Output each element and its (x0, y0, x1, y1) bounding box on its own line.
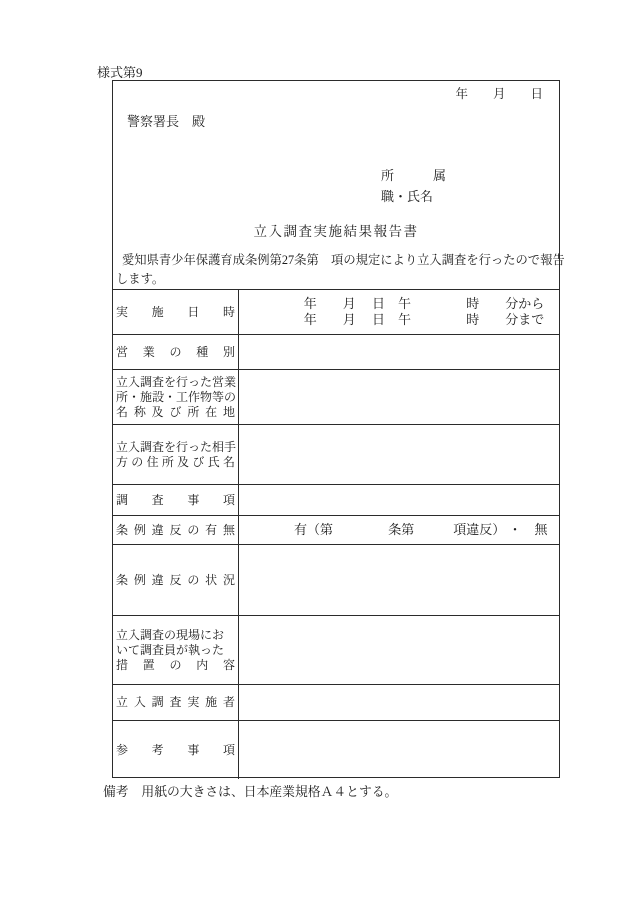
table-row-implementation-datetime: 実施日時 年 月 日 午 時 分から 年 月 日 午 時 分まで (113, 289, 559, 334)
row-content-line: 有（第 条第 項違反） ・ 無 (242, 522, 559, 539)
document-page: 様式第9 年 月 日 警察署長 殿 所 属 職・氏名 立入調査実施結果報告書 愛… (0, 0, 630, 903)
row-label-line: 調査事項 (116, 493, 235, 508)
row-label: 立入調査実施者 (113, 685, 239, 720)
date-field: 年 月 日 (455, 84, 543, 102)
row-label-line: 営業の種別 (116, 345, 235, 360)
row-label-line: 実施日時 (116, 305, 235, 320)
table-row-counterpart-address-name: 立入調査を行った相手方の住所及び氏名 (113, 424, 559, 484)
row-label-line: いて調査員が執った (116, 643, 235, 658)
row-label-line: 参考事項 (116, 743, 235, 758)
table-row-investigation-performer: 立入調査実施者 (113, 684, 559, 720)
table-row-reference-items: 参考事項 (113, 720, 559, 779)
row-content: 年 月 日 午 時 分から 年 月 日 午 時 分まで (239, 290, 559, 334)
row-content (239, 485, 559, 515)
row-label: 調査事項 (113, 485, 239, 515)
row-label-line: 所・施設・工作物等の (116, 390, 235, 405)
row-label-line: 立入調査実施者 (116, 695, 235, 710)
row-label: 実施日時 (113, 290, 239, 334)
row-label-line: 立入調査の現場にお (116, 628, 235, 643)
signer-block: 所 属 職・氏名 (381, 165, 446, 207)
row-label-line: 条例違反の有無 (116, 523, 235, 538)
row-content (239, 721, 559, 779)
position-name-label: 職・氏名 (381, 186, 446, 207)
row-label-line: 方の住所及び氏名 (116, 455, 235, 470)
row-label-line: 立入調査を行った相手 (116, 440, 235, 455)
table-row-measures-taken: 立入調査の現場において調査員が執った措置の内容 (113, 615, 559, 684)
row-content (239, 370, 559, 424)
report-table: 実施日時 年 月 日 午 時 分から 年 月 日 午 時 分まで営業の種別立入調… (113, 289, 559, 779)
row-content-line: 年 月 日 午 時 分から (242, 296, 559, 313)
addressee-police-chief: 警察署長 殿 (127, 111, 205, 130)
row-label: 立入調査を行った営業所・施設・工作物等の名称及び所在地 (113, 370, 239, 424)
row-content (239, 425, 559, 484)
row-label: 参考事項 (113, 721, 239, 779)
row-content (239, 616, 559, 684)
row-content: 有（第 条第 項違反） ・ 無 (239, 516, 559, 544)
row-label: 条例違反の状況 (113, 545, 239, 615)
report-form-frame: 年 月 日 警察署長 殿 所 属 職・氏名 立入調査実施結果報告書 愛知県青少年… (112, 80, 560, 778)
row-label: 条例違反の有無 (113, 516, 239, 544)
row-content (239, 545, 559, 615)
affiliation-label: 所 属 (381, 165, 446, 186)
table-row-premises-name-location: 立入調査を行った営業所・施設・工作物等の名称及び所在地 (113, 369, 559, 424)
row-label-line: 措置の内容 (116, 658, 235, 673)
row-label: 立入調査を行った相手方の住所及び氏名 (113, 425, 239, 484)
report-statement-line1: 愛知県青少年保護育成条例第27条第 項の規定により立入調査を行ったので報告 (116, 251, 557, 270)
row-content-line: 年 月 日 午 時 分まで (242, 312, 559, 329)
row-label-line: 名称及び所在地 (116, 405, 235, 420)
document-title: 立入調査実施結果報告書 (113, 220, 559, 240)
table-row-violation-presence: 条例違反の有無 有（第 条第 項違反） ・ 無 (113, 515, 559, 544)
form-number: 様式第9 (97, 62, 143, 81)
row-label-line: 条例違反の状況 (116, 573, 235, 588)
row-content (239, 685, 559, 720)
report-statement: 愛知県青少年保護育成条例第27条第 項の規定により立入調査を行ったので報告 しま… (116, 251, 557, 288)
table-row-business-type: 営業の種別 (113, 334, 559, 369)
table-row-investigation-items: 調査事項 (113, 484, 559, 515)
report-statement-line2: します。 (116, 270, 557, 289)
row-label: 営業の種別 (113, 335, 239, 369)
remarks-note: 備考 用紙の大きさは、日本産業規格Ａ４とする。 (103, 781, 397, 800)
row-content (239, 335, 559, 369)
row-label-line: 立入調査を行った営業 (116, 375, 235, 390)
table-row-violation-situation: 条例違反の状況 (113, 544, 559, 615)
row-label: 立入調査の現場において調査員が執った措置の内容 (113, 616, 239, 684)
